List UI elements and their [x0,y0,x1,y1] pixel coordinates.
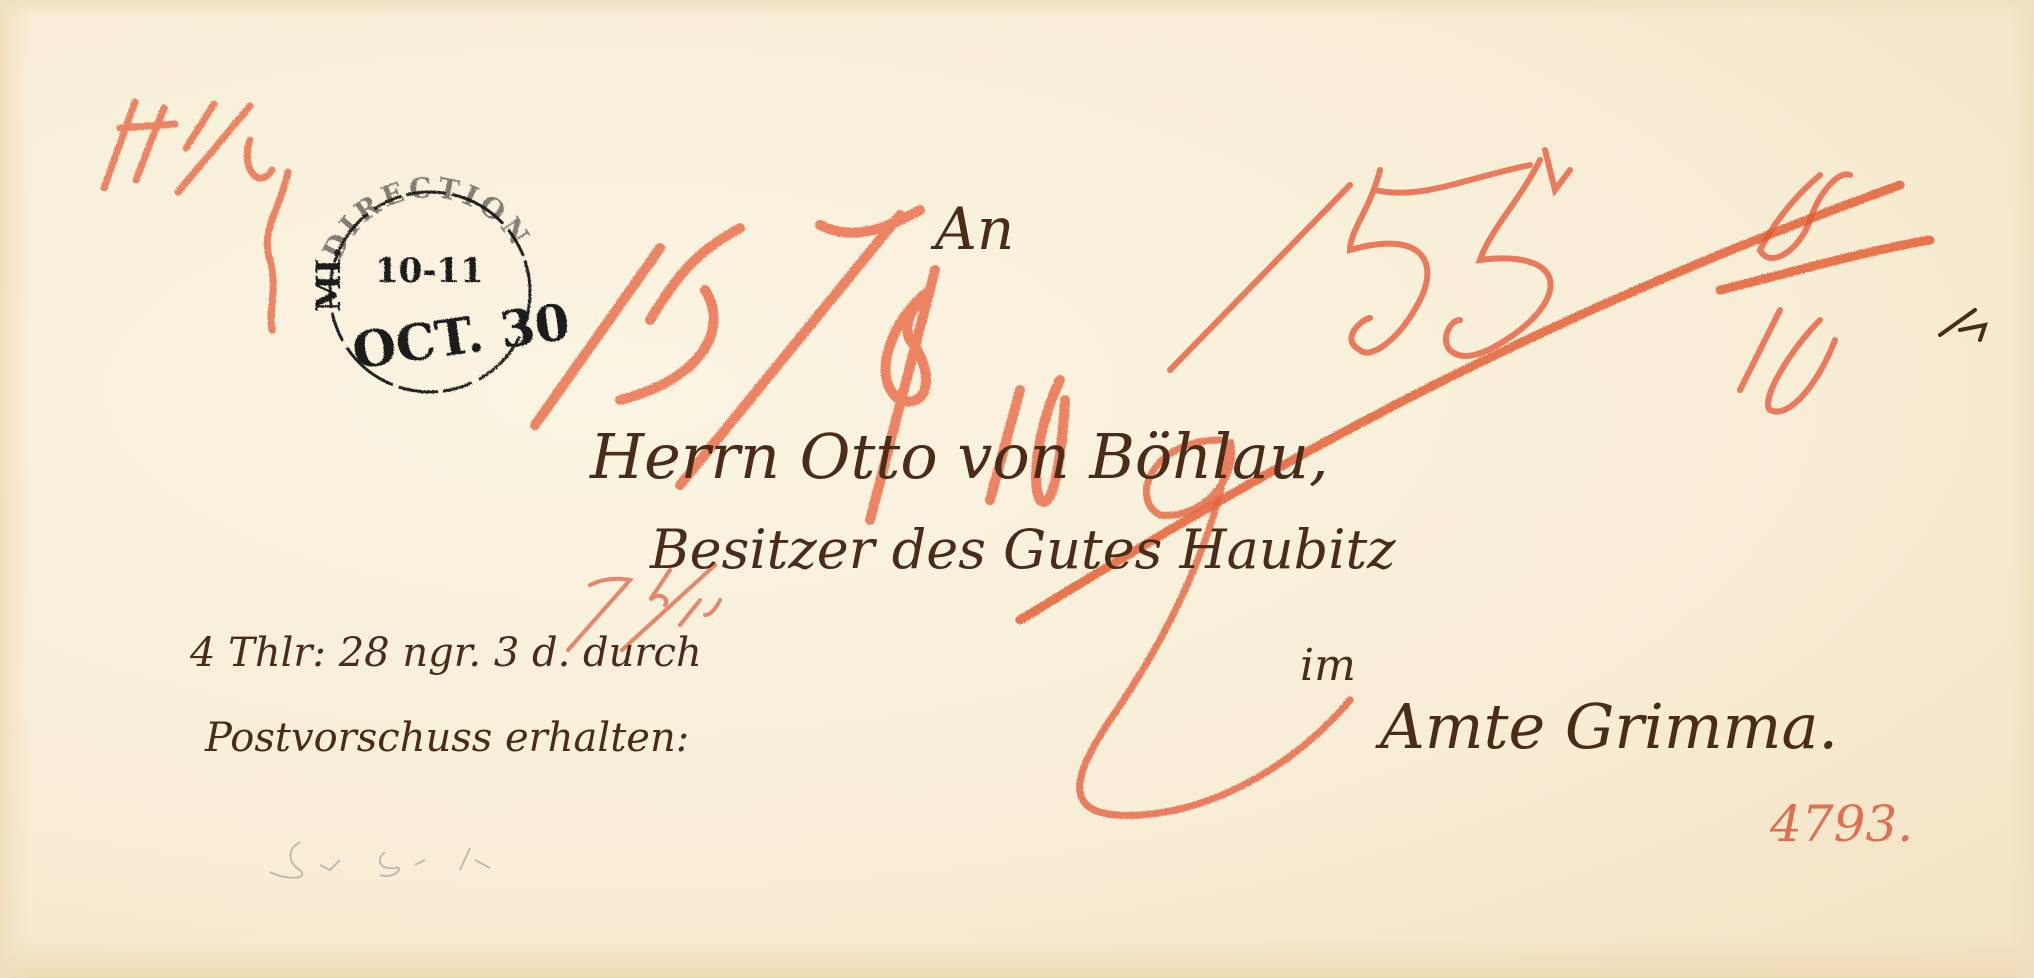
address-line-2: Besitzer des Gutes Haubitz [650,518,1396,581]
crayon-large-9 [1080,440,1350,815]
address-line-3-prefix: im [1300,640,1356,691]
crayon-mark-top-left [104,102,288,330]
postal-note-line-2: Postvorschuss erhalten: [205,715,689,761]
svg-text:MI.: MI. [309,247,349,312]
postal-note-line-1: 4 Thlr: 28 ngr. 3 d. durch [190,630,702,676]
address-line-3: Amte Grimma. [1380,690,1838,763]
postmark-stamp: DIRECTION MI. 10-11 OCT. 30 [309,171,573,392]
registry-number: 4793. [1770,795,1913,853]
svg-text:OCT. 30: OCT. 30 [349,292,574,381]
address-prefix: An [935,195,1014,263]
address-line-1: Herrn Otto von Böhlau, [590,420,1329,493]
svg-text:10-11: 10-11 [375,251,484,291]
